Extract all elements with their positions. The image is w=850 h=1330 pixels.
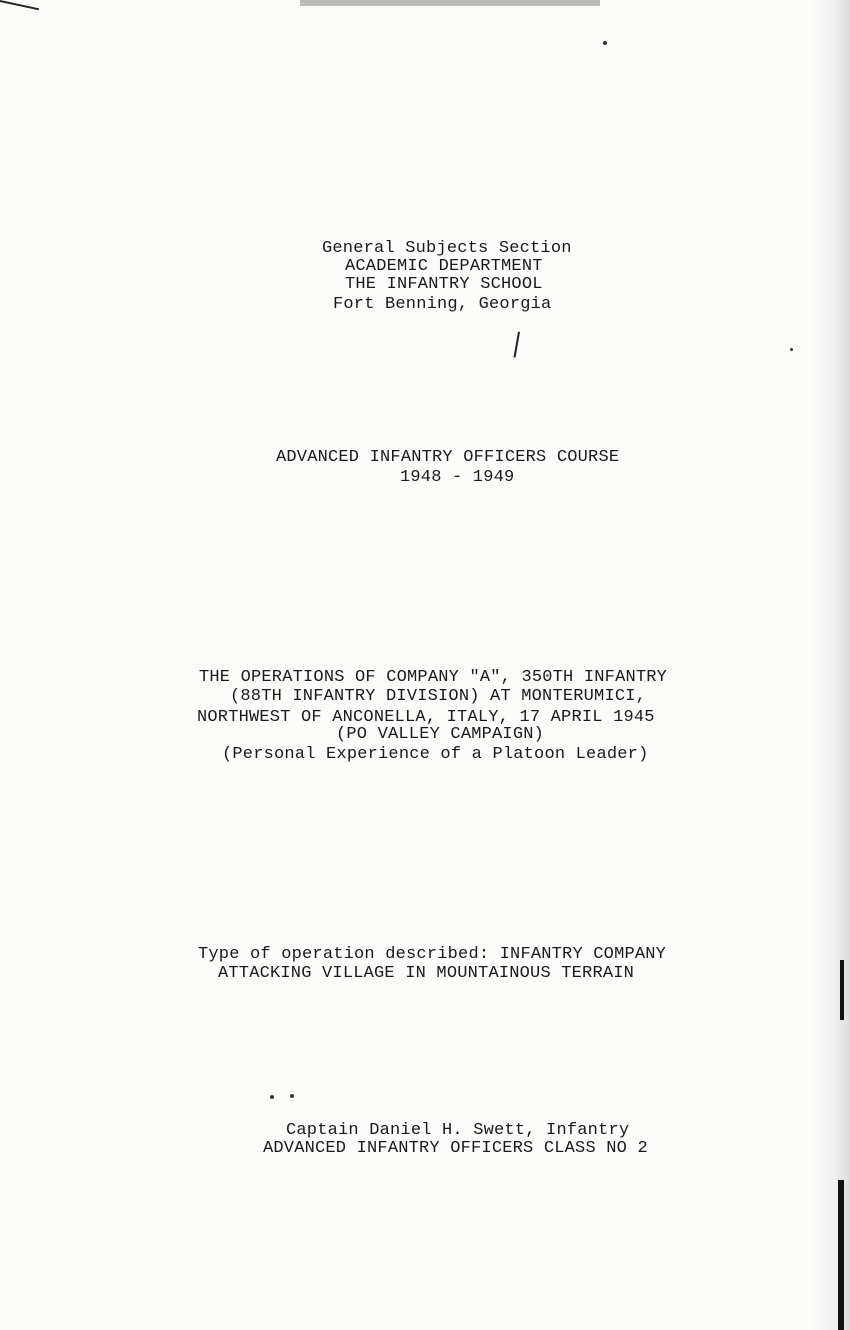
corner-mark — [0, 0, 39, 10]
monograph-title-line-2: (88TH INFANTRY DIVISION) AT MONTERUMICI, — [230, 688, 646, 706]
header-department: ACADEMIC DEPARTMENT — [345, 258, 543, 276]
monograph-title-line-4: (PO VALLEY CAMPAIGN) — [336, 726, 544, 744]
course-title: ADVANCED INFANTRY OFFICERS COURSE — [276, 449, 619, 467]
header-section: General Subjects Section — [322, 240, 572, 258]
header-school: THE INFANTRY SCHOOL — [345, 276, 543, 294]
speck — [290, 1094, 294, 1098]
page-edge-mark — [838, 1180, 844, 1330]
pencil-mark — [514, 332, 520, 358]
monograph-title-line-1: THE OPERATIONS OF COMPANY "A", 350TH INF… — [199, 669, 667, 687]
course-years: 1948 - 1949 — [400, 469, 514, 487]
speck — [790, 348, 793, 351]
speck — [603, 41, 607, 45]
speck — [270, 1095, 274, 1099]
page-edge-shadow — [810, 0, 850, 1330]
top-smudge — [300, 0, 600, 6]
author-name: Captain Daniel H. Swett, Infantry — [286, 1122, 629, 1140]
monograph-subtitle: (Personal Experience of a Platoon Leader… — [222, 746, 648, 764]
page-edge-mark — [840, 960, 844, 1020]
header-location: Fort Benning, Georgia — [333, 296, 551, 314]
author-class: ADVANCED INFANTRY OFFICERS CLASS NO 2 — [263, 1140, 648, 1158]
operation-type-line-1: Type of operation described: INFANTRY CO… — [198, 946, 666, 964]
operation-type-line-2: ATTACKING VILLAGE IN MOUNTAINOUS TERRAIN — [218, 965, 634, 983]
